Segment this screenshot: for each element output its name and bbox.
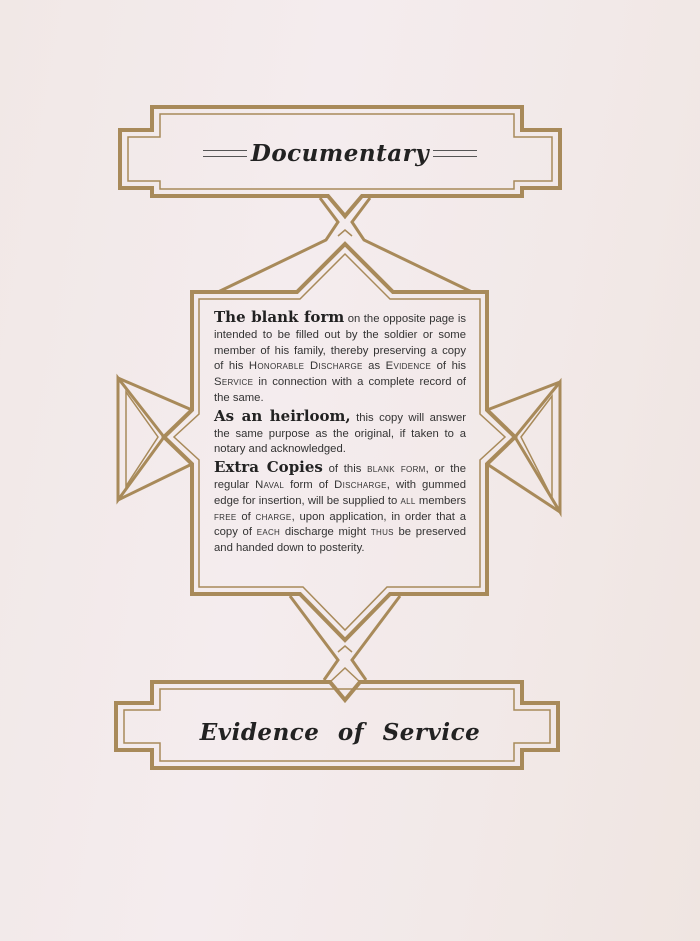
text-segment: charge [256,511,292,523]
decorative-rule-left [203,150,247,157]
paragraph-lead: As an heirloom, [214,407,351,425]
text-segment: each [257,526,280,538]
body-text: The blank form on the opposite page is i… [214,310,466,559]
text-segment: of this [323,463,367,475]
text-segment: blank form [367,463,426,475]
text-segment: thus [371,526,394,538]
text-segment: members [416,495,466,507]
text-segment: form of [284,479,334,491]
text-segment: Discharge [334,479,387,491]
text-segment: as [363,360,386,372]
footer-banner: Evidence of Service [160,716,520,748]
header-title: Documentary [251,140,429,167]
text-segment: Service [214,376,253,388]
text-segment: of his [431,360,466,372]
text-segment: Honorable Discharge [249,360,363,372]
paragraph-blank-form: The blank form on the opposite page is i… [214,310,466,407]
text-segment: free [214,511,237,523]
paragraph-extra-copies: Extra Copies of this blank form, or the … [214,460,466,557]
decorative-rule-right [433,150,477,157]
text-segment: all [401,495,416,507]
document-page: Documentary The blank form on the opposi… [0,0,700,941]
footer-title: Evidence of Service [200,719,481,746]
paragraph-heirloom: As an heirloom, this copy will answer th… [214,409,466,458]
text-segment: of [237,511,256,523]
paragraph-lead: Extra Copies [214,458,323,476]
paragraph-lead: The blank form [214,308,344,326]
text-segment: discharge might [280,526,371,538]
header-banner: Documentary [160,138,520,168]
text-segment: Evidence [386,360,432,372]
text-segment: Naval [255,479,284,491]
